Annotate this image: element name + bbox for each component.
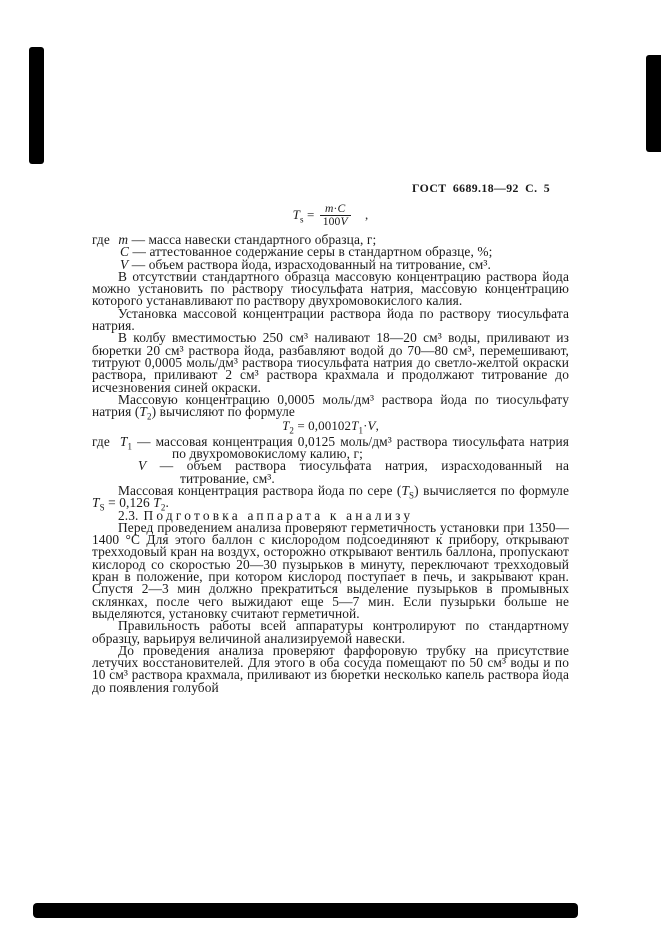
definition-row: V — объем раствора тиосульфата натрия, и…	[92, 460, 569, 485]
definition-term: V	[138, 458, 146, 473]
formula-trailing-comma: ,	[365, 207, 368, 222]
symbol-T: T	[293, 207, 300, 222]
symbol-definitions-2: где T1 — массовая концентрация 0,0125 мо…	[92, 436, 569, 485]
definition-intro: где	[92, 232, 110, 247]
document-body: Ts = m·C 100V , где m — масса навески ст…	[92, 202, 569, 694]
paragraph: В отсутствии стандартного образца массов…	[92, 271, 569, 308]
fraction: m·C 100V	[320, 203, 351, 227]
paragraph: Установка массовой концентрации раствора…	[92, 308, 569, 333]
definition-dash: —	[137, 434, 151, 449]
symbol-sub-s: s	[300, 215, 304, 225]
formula-titre-by-thiosulfate: T2 = 0,00102T1·V,	[92, 420, 569, 432]
scan-artifact-bar-left	[29, 47, 44, 164]
definition-term: T1	[120, 434, 132, 449]
paragraph: В колбу вместимостью 250 см³ наливают 18…	[92, 332, 569, 393]
formula-symbol-ts: Ts	[293, 207, 304, 222]
definition-row: где T1 — массовая концентрация 0,0125 мо…	[92, 436, 569, 461]
fraction-numerator: m·C	[320, 203, 351, 215]
paragraph: Перед проведением анализа проверяют герм…	[92, 522, 569, 620]
definition-text: массовая концентрация 0,0125 моль/дм³ ра…	[156, 434, 569, 461]
page-header: ГОСТ 6689.18—92 С. 5	[412, 181, 550, 196]
paragraph: До проведения анализа проверяют фарфоров…	[92, 645, 569, 694]
symbol-definitions-1: где m — масса навески стандартного образ…	[92, 234, 569, 271]
paragraph: Массовая концентрация раствора йода по с…	[92, 485, 569, 510]
paragraph: Массовую концентрацию 0,0005 моль/дм³ ра…	[92, 394, 569, 419]
scanned-document-page: ГОСТ 6689.18—92 С. 5 Ts = m·C 100V , где…	[0, 0, 661, 935]
definition-dash: —	[160, 458, 174, 473]
scan-artifact-bar-bottom	[33, 903, 578, 918]
scan-artifact-bar-right	[646, 55, 661, 152]
definition-intro: где	[92, 434, 110, 449]
equals-sign: =	[307, 207, 314, 222]
paragraph: Правильность работы всей аппаратуры конт…	[92, 620, 569, 645]
definition-text: объем раствора тиосульфата натрия, израс…	[180, 458, 569, 485]
fraction-denominator: 100V	[320, 215, 351, 228]
formula-titre-by-sulfur: Ts = m·C 100V ,	[92, 204, 569, 228]
